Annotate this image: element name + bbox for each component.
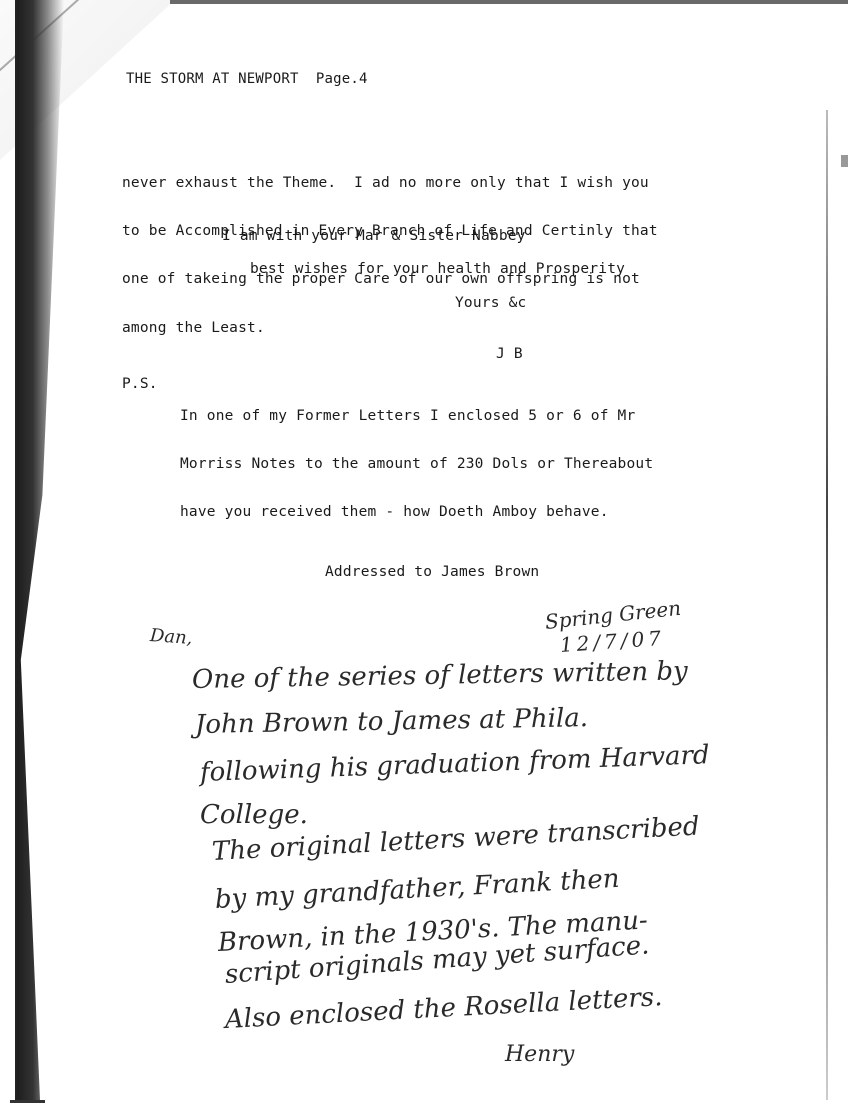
scan-left-shadow (16, 0, 64, 1100)
body-line: among the Least. (122, 320, 658, 336)
scan-right-edge (826, 110, 828, 1100)
handwritten-line: John Brown to James at Phila. (195, 703, 589, 740)
body-line: never exhaust the Theme. I ad no more on… (122, 175, 658, 191)
closing-line-3: Yours &c (455, 295, 526, 311)
handwritten-line: One of the series of letters written by (192, 656, 688, 695)
addressed-line: Addressed to James Brown (325, 564, 539, 580)
scan-bottom-edge (10, 1100, 45, 1103)
postscript-body: In one of my Former Letters I enclosed 5… (180, 376, 653, 537)
postscript-label: P.S. (122, 376, 158, 392)
scan-right-tab (841, 155, 848, 167)
scan-top-strip (170, 0, 848, 4)
page-header: THE STORM AT NEWPORT Page.4 (126, 71, 368, 87)
handwritten-line: following his graduation from Harvard (199, 740, 710, 788)
handwritten-line: by my grandfather, Frank then (214, 864, 620, 915)
postscript-line: In one of my Former Letters I enclosed 5… (180, 408, 653, 424)
handwritten-greeting: Dan, (149, 625, 193, 649)
closing-line-2: best wishes for your health and Prosperi… (250, 261, 625, 277)
postscript-line: Morriss Notes to the amount of 230 Dols … (180, 456, 653, 472)
handwritten-line: College. (200, 800, 308, 830)
handwritten-line: Also enclosed the Rosella letters. (224, 982, 663, 1035)
letter-body: never exhaust the Theme. I ad no more on… (122, 143, 658, 352)
closing-line-1: I am with your Mar & Sister Nabbey (222, 228, 526, 244)
handwritten-signature: Henry (505, 1042, 574, 1067)
scan-left-edge (15, 0, 17, 1100)
typed-signature: J B (496, 346, 523, 362)
postscript-line: have you received them - how Doeth Amboy… (180, 504, 653, 520)
